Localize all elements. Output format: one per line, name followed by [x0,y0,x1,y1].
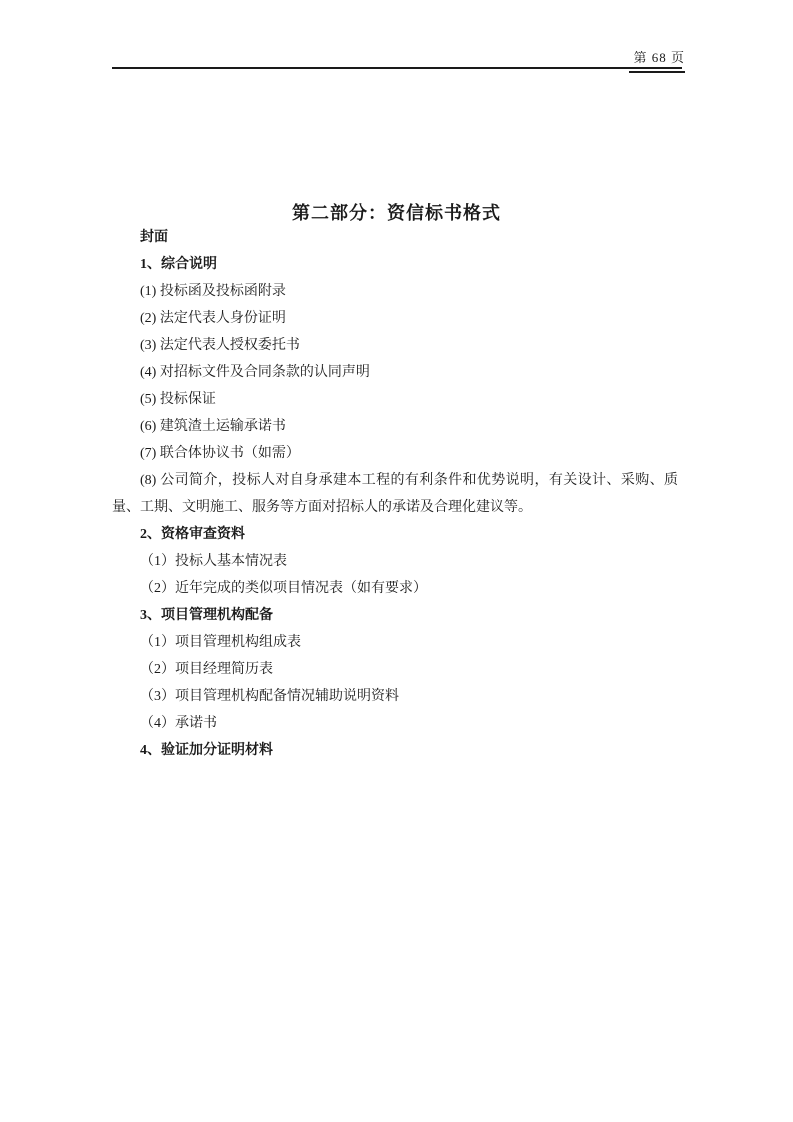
section-1-item-3: (3) 法定代表人授权委托书 [112,332,678,359]
section-2-heading: 2、资格审查资料 [112,521,678,548]
section-4-heading: 4、验证加分证明材料 [112,737,678,764]
header-rule [112,67,682,69]
document-page: 第 68 页 第二部分：资信标书格式 封面 1、综合说明 (1) 投标函及投标函… [0,0,793,1122]
heading-cover: 封面 [112,224,678,251]
section-3-item-4: （4）承诺书 [112,710,678,737]
document-title: 第二部分：资信标书格式 [0,199,793,225]
section-1-item-2: (2) 法定代表人身份证明 [112,305,678,332]
section-3-heading: 3、项目管理机构配备 [112,602,678,629]
document-body: 封面 1、综合说明 (1) 投标函及投标函附录 (2) 法定代表人身份证明 (3… [112,224,678,764]
section-2-item-1: （1）投标人基本情况表 [112,548,678,575]
section-3-item-2: （2）项目经理简历表 [112,656,678,683]
section-1-item-5: (5) 投标保证 [112,386,678,413]
section-1-heading: 1、综合说明 [112,251,678,278]
section-1-item-8-paragraph: (8) 公司简介，投标人对自身承建本工程的有利条件和优势说明，有关设计、采购、质… [112,467,678,521]
section-1-item-4: (4) 对招标文件及合同条款的认同声明 [112,359,678,386]
section-1-item-6: (6) 建筑渣土运输承诺书 [112,413,678,440]
section-3-item-1: （1）项目管理机构组成表 [112,629,678,656]
page-number: 第 68 页 [633,47,685,66]
page-number-underline [629,71,685,73]
section-1-item-7: (7) 联合体协议书（如需） [112,440,678,467]
section-3-item-3: （3）项目管理机构配备情况辅助说明资料 [112,683,678,710]
section-2-item-2: （2）近年完成的类似项目情况表（如有要求） [112,575,678,602]
section-1-item-1: (1) 投标函及投标函附录 [112,278,678,305]
